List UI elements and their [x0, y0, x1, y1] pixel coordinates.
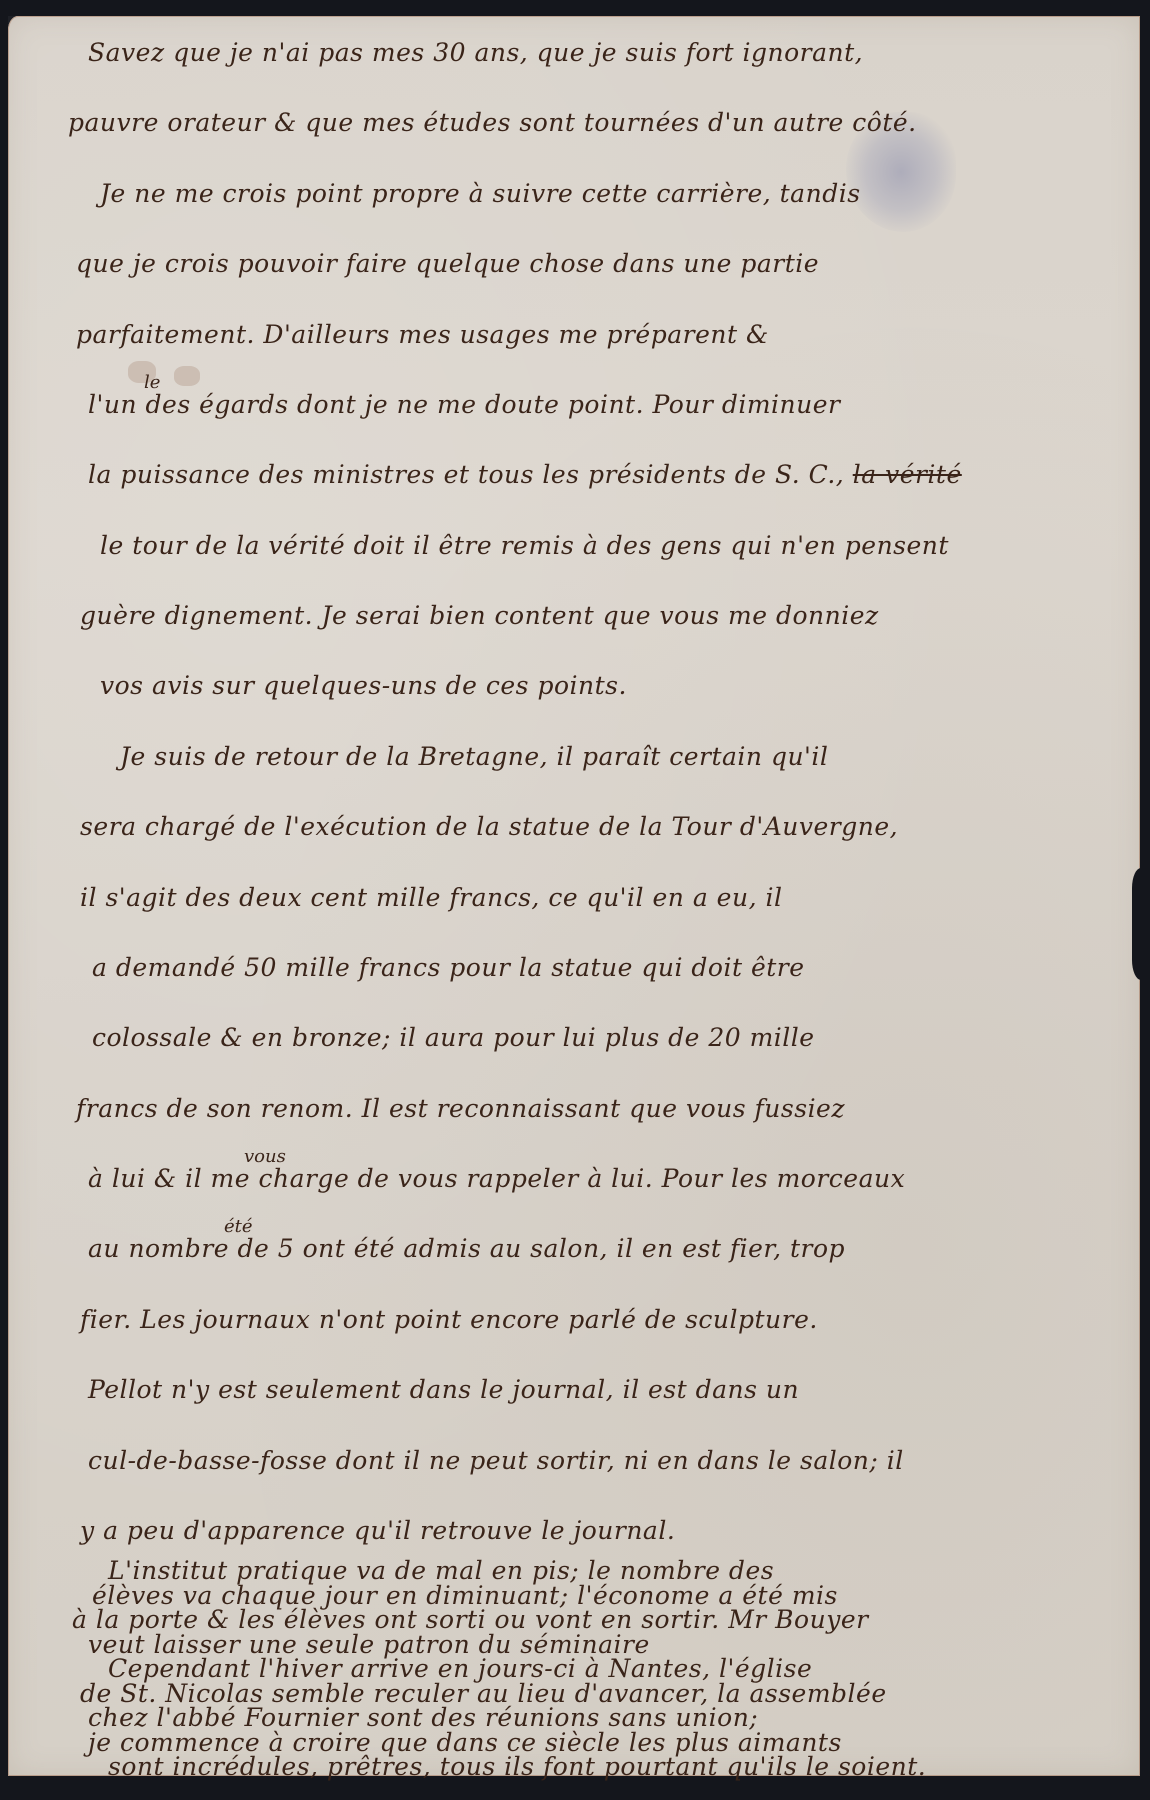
text-line-20: Pellot n'y est seulement dans le journal… — [88, 1375, 799, 1404]
text-line-16: francs de son renom. Il est reconnaissan… — [76, 1094, 845, 1123]
text-line-14: a demandé 50 mille francs pour la statue… — [92, 953, 805, 982]
text-line-7: la puissance des ministres et tous les p… — [88, 460, 962, 489]
text-line-15: colossale & en bronze; il aura pour lui … — [92, 1023, 815, 1052]
text-line-13: il s'agit des deux cent mille francs, ce… — [80, 883, 782, 912]
text-line-18: au nombre de 5 ont été admis au salon, i… — [88, 1234, 845, 1263]
handwritten-text: Savez que je n'ai pas mes 30 ans, que je… — [8, 16, 1140, 1776]
text-line-17: à lui & il me charge de vous rappeler à … — [88, 1164, 905, 1193]
text-line-4: que je crois pouvoir faire quelque chose… — [76, 249, 819, 278]
document-scan: Savez que je n'ai pas mes 30 ans, que je… — [0, 0, 1150, 1800]
text-line-7-main: la puissance des ministres et tous les p… — [88, 460, 844, 489]
text-line-5: parfaitement. D'ailleurs mes usages me p… — [76, 320, 769, 349]
text-line-10: vos avis sur quelques-uns de ces points. — [100, 671, 627, 700]
text-line-12: sera chargé de l'exécution de la statue … — [80, 812, 898, 841]
text-line-3: Je ne me crois point propre à suivre cet… — [100, 179, 861, 208]
text-line-6: l'un des égards dont je ne me doute poin… — [88, 390, 841, 419]
text-line-21: cul-de-basse-fosse dont il ne peut sorti… — [88, 1446, 904, 1475]
text-line-22: y a peu d'apparence qu'il retrouve le jo… — [80, 1516, 675, 1545]
paper-page: Savez que je n'ai pas mes 30 ans, que je… — [8, 16, 1140, 1776]
text-line-2: pauvre orateur & que mes études sont tou… — [68, 108, 917, 137]
text-line-8: le tour de la vérité doit il être remis … — [100, 531, 949, 560]
page-edge-notch — [1132, 868, 1150, 980]
text-line-9: guère dignement. Je serai bien content q… — [80, 601, 879, 630]
text-line-1: Savez que je n'ai pas mes 30 ans, que je… — [88, 38, 863, 67]
text-line-31: sont incrédules, prêtres, tous ils font … — [108, 1752, 926, 1781]
text-line-19: fier. Les journaux n'ont point encore pa… — [80, 1305, 818, 1334]
struck-text: la vérité — [853, 460, 962, 489]
text-line-11: Je suis de retour de la Bretagne, il par… — [120, 742, 828, 771]
